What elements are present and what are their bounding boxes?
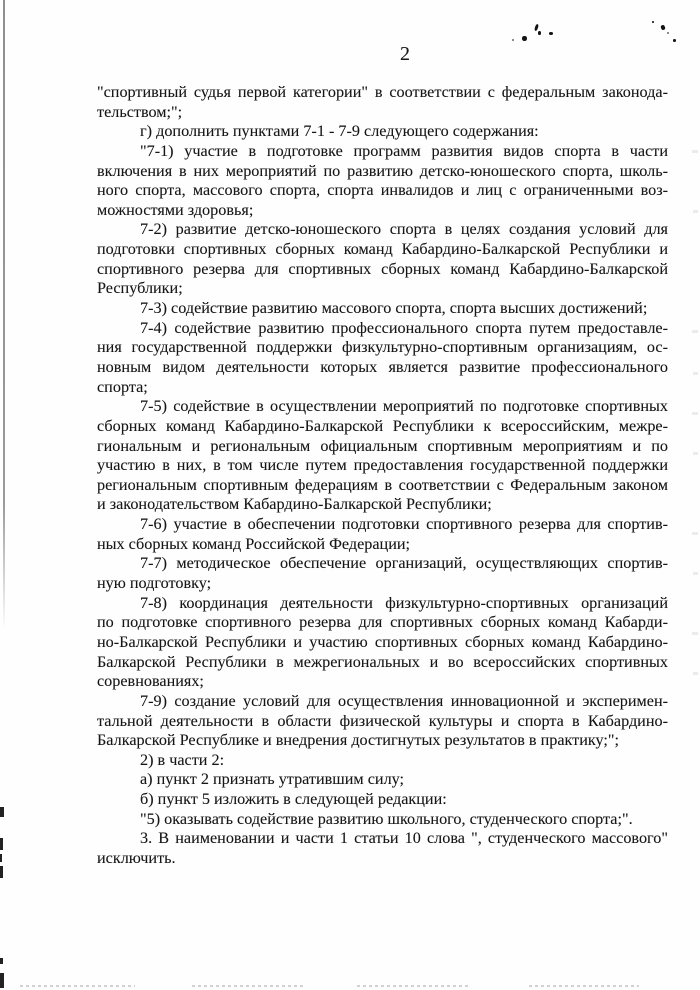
scan-bottom-dash xyxy=(192,985,304,987)
document-line: 3. В наименовании и части 1 статьи 10 сл… xyxy=(97,829,668,849)
document-line: спортивного резерва для спортивных сборн… xyxy=(97,260,668,280)
document-line: региональным спортивным федерациям в соо… xyxy=(97,476,668,496)
scan-smudge xyxy=(693,210,698,213)
document-line: по подготовке спортивного резерва для сп… xyxy=(97,613,668,633)
scan-smudge xyxy=(692,412,698,415)
document-line: но-Балкарской Республики и участию спорт… xyxy=(97,633,668,653)
document-line: "5) оказывать содействие развитию школьн… xyxy=(97,810,668,830)
document-line: 7-3) содействие развитию массового спорт… xyxy=(97,299,668,319)
document-line: сборных команд Кабардино-Балкарской Респ… xyxy=(97,417,668,437)
document-line: 7-8) координация деятельности физкультур… xyxy=(97,594,668,614)
document-line: тальной деятельности в области физическо… xyxy=(97,712,668,732)
document-line: соревнованиях; xyxy=(97,672,668,692)
document-line: тельством;"; xyxy=(97,103,668,123)
document-line: ного спорта, массового спорта, спорта ин… xyxy=(97,181,668,201)
document-line: ную подготовку; xyxy=(97,574,668,594)
scan-edge-line xyxy=(3,0,5,630)
document-line: новным видом деятельности которых являет… xyxy=(97,358,668,378)
scan-bottom-dash xyxy=(529,985,639,987)
scan-smudge xyxy=(692,330,698,333)
document-line: б) пункт 5 изложить в следующей редакции… xyxy=(97,790,668,810)
document-line: участию в них, в том числе путем предост… xyxy=(97,456,668,476)
ink-speckle xyxy=(538,31,541,35)
document-line: Республики; xyxy=(97,279,668,299)
scan-smudge xyxy=(693,372,698,375)
document-line: 7-9) создание условий для осуществления … xyxy=(97,692,668,712)
document-line: гиональным и региональным официальным сп… xyxy=(97,437,668,457)
document-line: а) пункт 2 признать утратившим силу; xyxy=(97,770,668,790)
document-line: "спортивный судья первой категории" в со… xyxy=(97,83,668,103)
document-line: и законодательством Кабардино-Балкарской… xyxy=(97,495,668,515)
ink-speckle xyxy=(673,39,676,42)
document-line: г) дополнить пунктами 7-1 - 7-9 следующе… xyxy=(97,122,668,142)
ink-speckle xyxy=(512,39,514,41)
ink-speckle xyxy=(549,32,553,35)
document-line: 7-7) методическое обеспечение организаци… xyxy=(97,554,668,574)
ink-speckle xyxy=(660,24,665,30)
scan-edge-mark xyxy=(0,866,3,878)
scan-edge-mark xyxy=(0,973,4,988)
scan-edge-mark xyxy=(0,807,4,817)
document-line: Балкарской Республики в межрегиональных … xyxy=(97,653,668,673)
document-line: спорта; xyxy=(97,378,668,398)
scan-edge-mark xyxy=(0,838,3,850)
document-line: подготовки спортивных сборных команд Каб… xyxy=(97,240,668,260)
document-line: 7-5) содействие в осуществлении мероприя… xyxy=(97,397,668,417)
document-line: Балкарской Республике и внедрения достиг… xyxy=(97,731,668,751)
scan-edge-mark xyxy=(0,854,2,862)
document-line: ния государственной поддержки физкультур… xyxy=(97,338,668,358)
scan-edge-mark xyxy=(0,958,3,964)
document-line: "7-1) участие в подготовке программ разв… xyxy=(97,142,668,162)
ink-speckle xyxy=(667,32,669,34)
scan-smudge xyxy=(693,572,698,575)
ink-speckle xyxy=(522,36,527,41)
scan-smudge xyxy=(692,150,698,153)
document-line: 2) в части 2: xyxy=(97,751,668,771)
scan-smudge xyxy=(692,632,698,635)
document-body: "спортивный судья первой категории" в со… xyxy=(97,83,668,869)
document-line: ных сборных команд Российской Федерации; xyxy=(97,535,668,555)
ink-speckle xyxy=(652,21,654,23)
document-line: 7-6) участие в обеспечении подготовки сп… xyxy=(97,515,668,535)
page-number: 2 xyxy=(97,43,668,66)
document-line: исключить. xyxy=(97,849,668,869)
document-line: 7-4) содействие развитию профессионально… xyxy=(97,319,668,339)
scan-bottom-dash xyxy=(357,985,471,987)
document-line: 7-2) развитие детско-юношеского спорта в… xyxy=(97,220,668,240)
scan-bottom-dash xyxy=(20,985,135,987)
document-line: включения в них мероприятий по развитию … xyxy=(97,162,668,182)
document-page: 2 "спортивный судья первой категории" в … xyxy=(0,0,700,990)
scan-smudge xyxy=(692,532,698,535)
document-line: можностями здоровья; xyxy=(97,201,668,221)
scan-smudge xyxy=(693,672,698,675)
scan-smudge xyxy=(693,452,698,455)
